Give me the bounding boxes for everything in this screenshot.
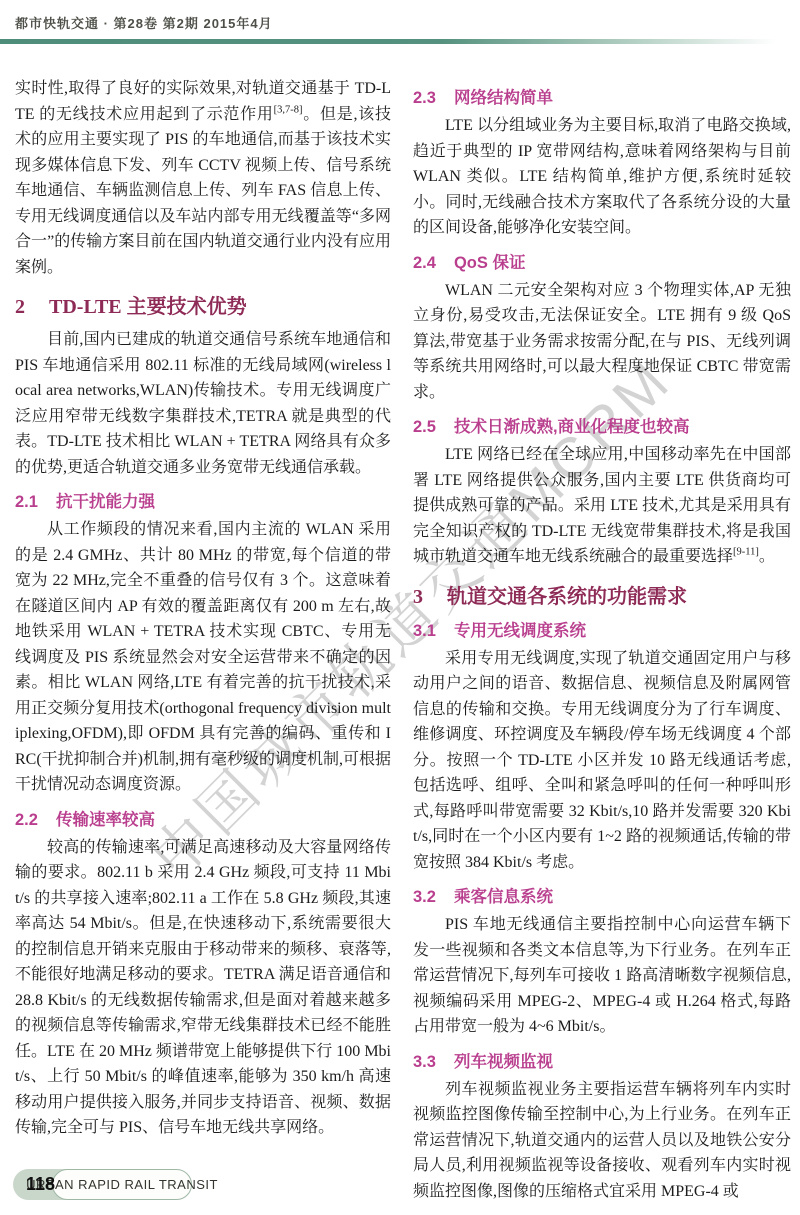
paragraph: LTE 网络已经在全球应用,中国移动率先在中国部署 LTE 网络提供公众服务,国… [413,442,791,570]
section-heading: 2TD-LTE 主要技术优势 [15,290,391,319]
paragraph: 较高的传输速率,可满足高速移动及大容量网络传输的要求。802.11 b 采用 2… [15,835,391,1141]
heading-title: 专用无线调度系统 [454,622,586,640]
paragraph: 从工作频段的情况来看,国内主流的 WLAN 采用的是 2.4 GMHz、共计 8… [15,517,391,798]
paragraph: 采用专用无线调度,实现了轨道交通固定用户与移动用户之间的语音、数据信息、视频信息… [413,646,791,876]
heading-number: 3.3 [413,1053,436,1071]
footer-badge: URBAN RAPID RAIL TRANSIT 118 [13,1169,192,1200]
subsection-heading: 2.1抗干扰能力强 [15,488,391,512]
heading-title: 乘客信息系统 [454,888,553,906]
heading-number: 2.1 [15,493,38,511]
running-head: 都市快轨交通 · 第28卷 第2期 2015年4月 [15,13,785,32]
left-column: 实时性,取得了良好的实际效果,对轨道交通基于 TD-LTE 的无线技术应用起到了… [15,76,391,1204]
heading-title: 轨道交通各系统的功能需求 [447,586,687,608]
heading-number: 2.2 [15,811,38,829]
heading-title: TD-LTE 主要技术优势 [49,296,247,318]
paragraph: 列车视频监视业务主要指运营车辆将列车内实时视频监控图像传输至控制中心,为上行业务… [413,1077,791,1205]
heading-number: 3.2 [413,888,436,906]
citation-ref: [9-11] [733,547,759,558]
heading-title: 技术日渐成熟,商业化程度也较高 [454,418,690,436]
paragraph: LTE 以分组域业务为主要目标,取消了电路交换域,趋近于典型的 IP 宽带网结构… [413,113,791,241]
paragraph: 目前,国内已建成的轨道交通信号系统车地通信和 PIS 车地通信采用 802.11… [15,327,391,480]
header-rule [0,39,800,44]
paragraph: 实时性,取得了良好的实际效果,对轨道交通基于 TD-LTE 的无线技术应用起到了… [15,76,391,280]
heading-number: 2 [15,296,25,318]
heading-number: 2.3 [413,89,436,107]
heading-title: 传输速率较高 [56,811,155,829]
heading-title: 抗干扰能力强 [56,493,155,511]
heading-title: QoS 保证 [454,254,526,272]
journal-page: 都市快轨交通 · 第28卷 第2期 2015年4月 中国城市轨道交通MCRM 实… [0,0,800,1215]
heading-number: 2.4 [413,254,436,272]
right-column: 2.3网络结构简单LTE 以分组域业务为主要目标,取消了电路交换域,趋近于典型的… [413,76,791,1204]
subsection-heading: 3.3列车视频监视 [413,1048,791,1072]
journal-name-en: URBAN RAPID RAIL TRANSIT [52,1169,192,1200]
subsection-heading: 2.5技术日渐成熟,商业化程度也较高 [413,413,791,437]
heading-number: 2.5 [413,418,436,436]
section-heading: 3轨道交通各系统的功能需求 [413,580,791,609]
paragraph: PIS 车地无线通信主要指控制中心向运营车辆下发一些视频和各类文本信息等,为下行… [413,912,791,1040]
heading-title: 列车视频监视 [454,1053,553,1071]
heading-number: 3.1 [413,622,436,640]
page-number: 118 [26,1169,55,1200]
subsection-heading: 2.3网络结构简单 [413,84,791,108]
subsection-heading: 3.2乘客信息系统 [413,883,791,907]
subsection-heading: 2.2传输速率较高 [15,806,391,830]
heading-title: 网络结构简单 [454,89,553,107]
subsection-heading: 2.4QoS 保证 [413,249,791,273]
two-column-body: 实时性,取得了良好的实际效果,对轨道交通基于 TD-LTE 的无线技术应用起到了… [15,76,791,1204]
subsection-heading: 3.1专用无线调度系统 [413,617,791,641]
citation-ref: [3,7-8] [274,104,303,115]
paragraph: WLAN 二元安全架构对应 3 个物理实体,AP 无独立身份,易受攻击,无法保证… [413,278,791,406]
heading-number: 3 [413,586,423,608]
